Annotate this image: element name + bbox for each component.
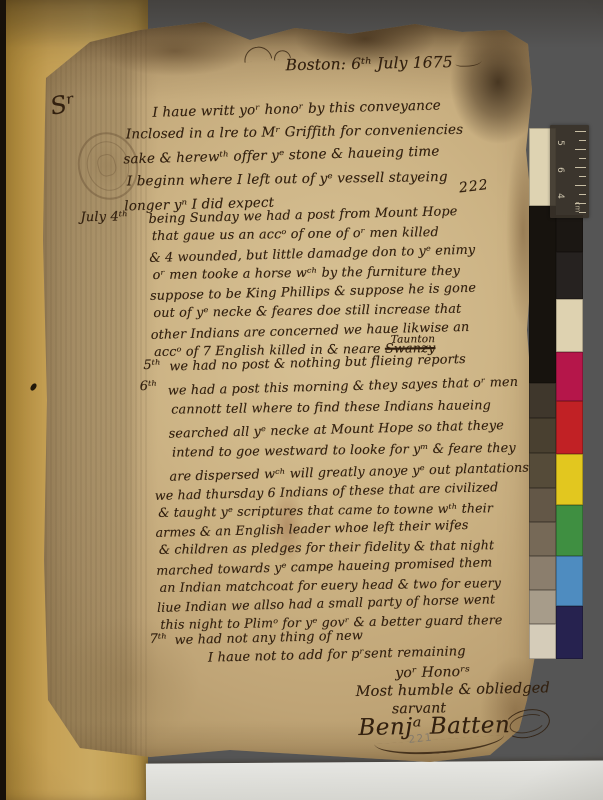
margin-date-6th: 6ᵗʰ bbox=[140, 379, 158, 394]
dateline-text: Boston: 6ᵗʰ July 1675 bbox=[285, 53, 452, 74]
ink-swash bbox=[456, 56, 482, 66]
manuscript-line: I haue not to add for pʳsent remaining bbox=[208, 644, 466, 666]
ink-flourish bbox=[242, 45, 272, 63]
paragraph-7th: we had not any thing of new bbox=[174, 629, 363, 648]
salutation: Sʳ bbox=[48, 88, 78, 120]
paragraph-july4-lines: being Sunday we had a post from Mount Ho… bbox=[148, 203, 477, 344]
margin-date-july4: July 4ᵗʰ bbox=[80, 209, 128, 225]
closing-your-honors: yoʳ Honoʳˢ bbox=[395, 664, 470, 681]
dateline: Boston: 6ᵗʰ July 1675 bbox=[285, 52, 481, 74]
paragraph-thursday: we had thursday 6 Indians of these that … bbox=[155, 479, 501, 635]
paragraph-closing-line: I haue not to add for pʳsent remaining bbox=[208, 645, 466, 665]
manuscript-photo: 5 6 4 cm Boston: 6ᵗʰ July 1675 Sʳ I haue… bbox=[0, 0, 603, 800]
paragraph-opening: I haue writt yoʳ honoʳ by this conveyanc… bbox=[122, 95, 462, 217]
handwriting-layer: Boston: 6ᵗʰ July 1675 Sʳ I haue writt yo… bbox=[0, 0, 603, 800]
closing-most-humble: Most humble & obliedged bbox=[355, 680, 550, 700]
margin-date-7th: 7ᵗʰ bbox=[149, 632, 167, 647]
paragraph-6th: we had a post this morning & they sayes … bbox=[168, 373, 530, 487]
ink-page-number: 222 bbox=[458, 177, 489, 197]
margin-date-5th: 5ᵗʰ bbox=[143, 358, 161, 373]
inserted-word: Taunton bbox=[391, 330, 436, 350]
paragraph-july4: being Sunday we had a post from Mount Ho… bbox=[148, 203, 477, 364]
manuscript-line: we had not any thing of new bbox=[174, 628, 363, 648]
